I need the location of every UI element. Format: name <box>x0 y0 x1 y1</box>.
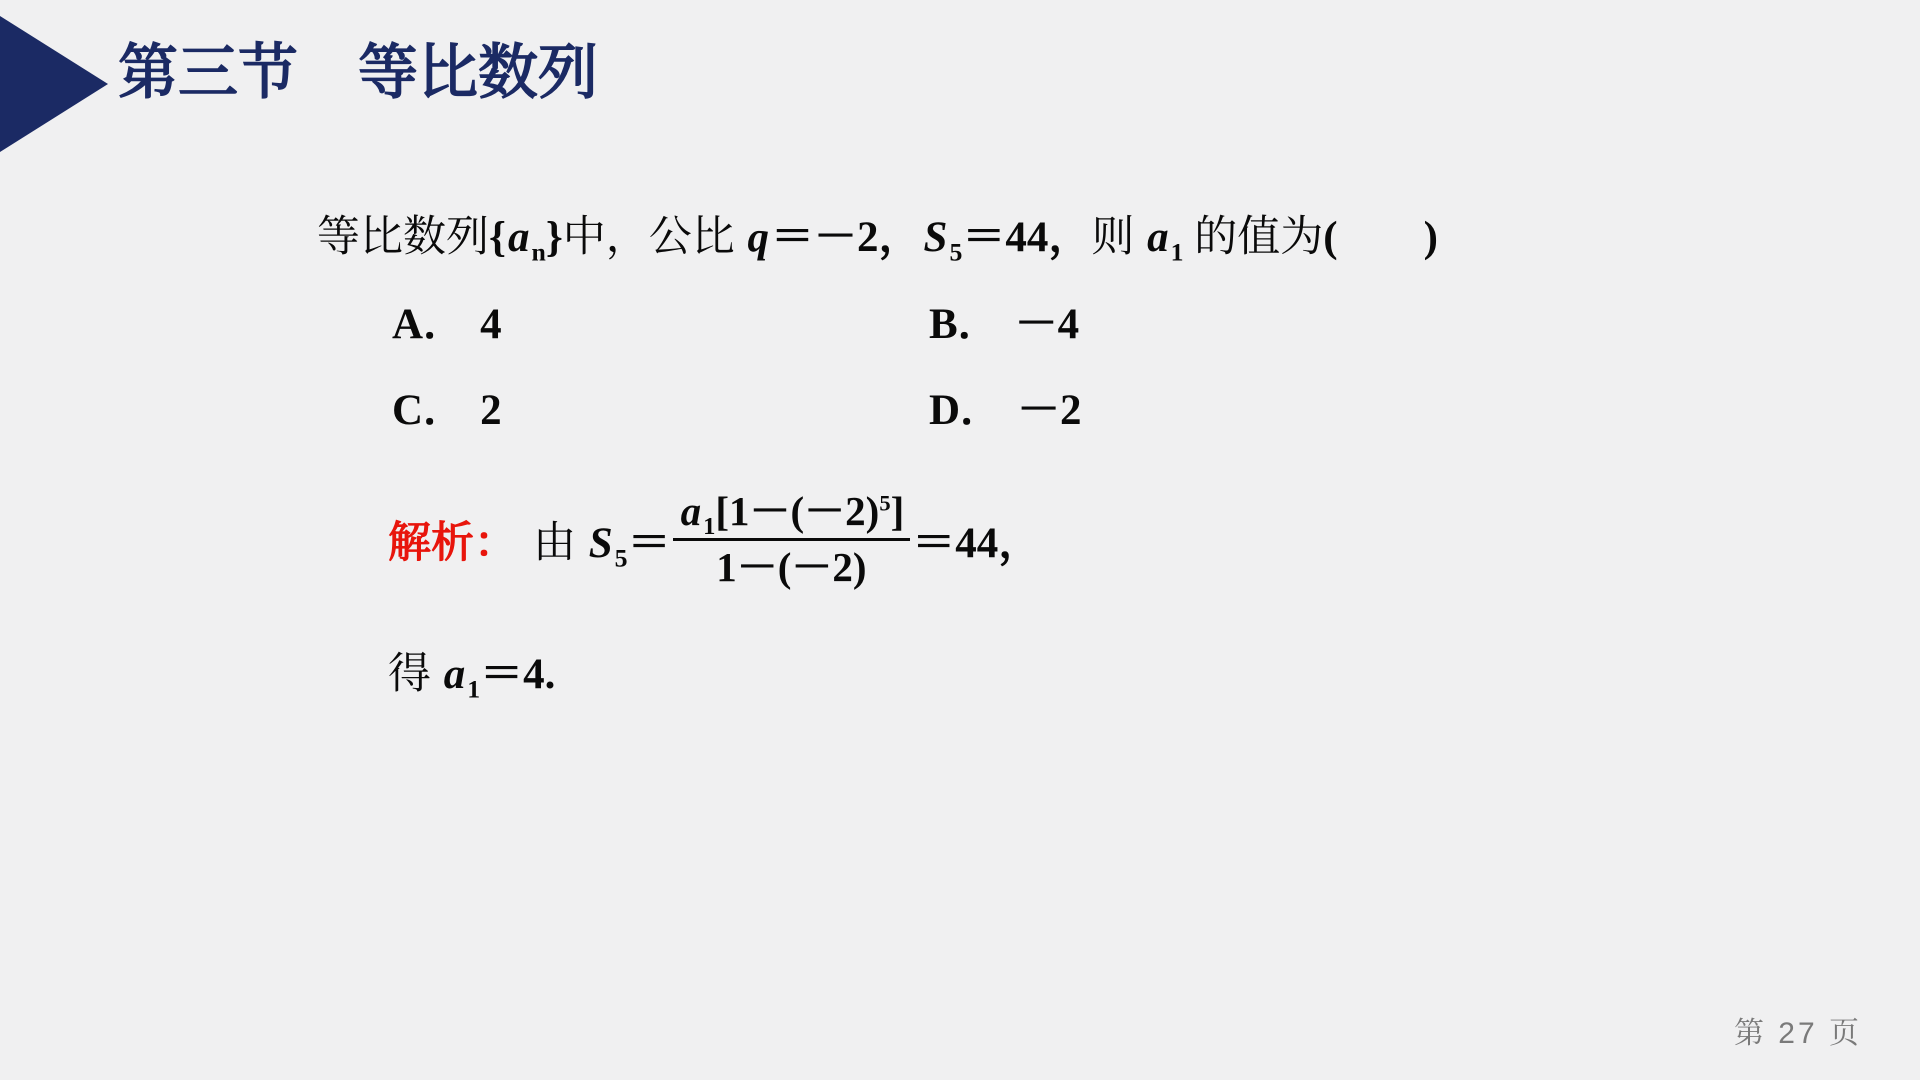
conclusion-lead: 得 <box>388 651 442 698</box>
option-d: D．－2 <box>929 389 1082 432</box>
solution-lead-expression: 由 S5＝ <box>533 509 671 570</box>
option-a-value: 4 <box>480 301 502 348</box>
option-a-label: A． <box>392 301 466 348</box>
stem-sum-subscript: 5 <box>949 238 962 267</box>
stem-mid3: 的值为 <box>1184 214 1324 261</box>
option-d-value: －2 <box>1017 387 1082 434</box>
option-a: A．4 <box>392 303 929 346</box>
stem-intro: 等比数列 <box>317 214 489 261</box>
stem-brace-open: { <box>489 214 506 261</box>
fraction-denominator: 1－(－2) <box>716 541 866 591</box>
page-number: 第 27 页 <box>1734 1008 1862 1052</box>
slide: 第三节 等比数列 等比数列{an}中，公比 q＝－2，S5＝44，则 a1 的值… <box>0 0 1920 1080</box>
conclusion-variable: a <box>442 651 468 698</box>
numerator-close: ] <box>891 488 905 534</box>
stem-mid2: 则 <box>1091 214 1145 261</box>
stem-target-variable: a <box>1145 214 1171 261</box>
question-stem: 等比数列{an}中，公比 q＝－2，S5＝44，则 a1 的值为( ) <box>317 212 1438 264</box>
stem-sum-variable: S <box>922 214 950 261</box>
stem-target-subscript: 1 <box>1171 238 1184 267</box>
option-b-label: B． <box>929 301 1001 348</box>
solution-sum-variable: S <box>587 520 615 567</box>
fraction-numerator: a1[1－(－2)5] <box>673 488 911 541</box>
solution-result: ＝44， <box>912 509 1041 570</box>
option-b-value: －4 <box>1015 301 1080 348</box>
page-title: 第三节 等比数列 <box>118 40 598 106</box>
numerator-body: [1－(－2) <box>715 488 879 534</box>
stem-sequence-subscript: n <box>531 238 545 267</box>
conclusion-value: ＝4. <box>480 651 555 698</box>
solution-equals: ＝ <box>628 520 671 567</box>
solution-tag: 解析： <box>388 509 517 570</box>
numerator-exponent: 5 <box>879 490 890 515</box>
numerator-subscript: 1 <box>703 513 715 540</box>
numerator-variable: a <box>679 488 704 534</box>
stem-sum-equation: ＝44， <box>962 214 1091 261</box>
option-c-label: C． <box>392 387 466 434</box>
option-c: C．2 <box>392 389 929 432</box>
solution-sum-subscript: 5 <box>615 544 628 573</box>
option-c-value: 2 <box>480 387 502 434</box>
stem-ratio-equation: ＝－2， <box>771 214 922 261</box>
option-d-label: D． <box>929 387 1003 434</box>
stem-brace-close: } <box>546 214 563 261</box>
solution-lead: 由 <box>533 520 587 567</box>
options-grid: A．4 B．－4 C．2 D．－2 <box>392 303 1082 432</box>
conclusion-subscript: 1 <box>467 675 480 704</box>
solution-line: 解析： 由 S5＝ a1[1－(－2)5] 1－(－2) ＝44， <box>388 488 1041 591</box>
option-b: B．－4 <box>929 303 1082 346</box>
answer-blank: ( ) <box>1323 214 1438 261</box>
solution-conclusion: 得 a1＝4. <box>388 640 555 701</box>
stem-sequence-variable: a <box>506 214 532 261</box>
header-arrow-icon <box>0 16 108 152</box>
fraction: a1[1－(－2)5] 1－(－2) <box>673 488 911 591</box>
stem-ratio-variable: q <box>746 214 772 261</box>
stem-mid1: 中，公比 <box>563 214 746 261</box>
